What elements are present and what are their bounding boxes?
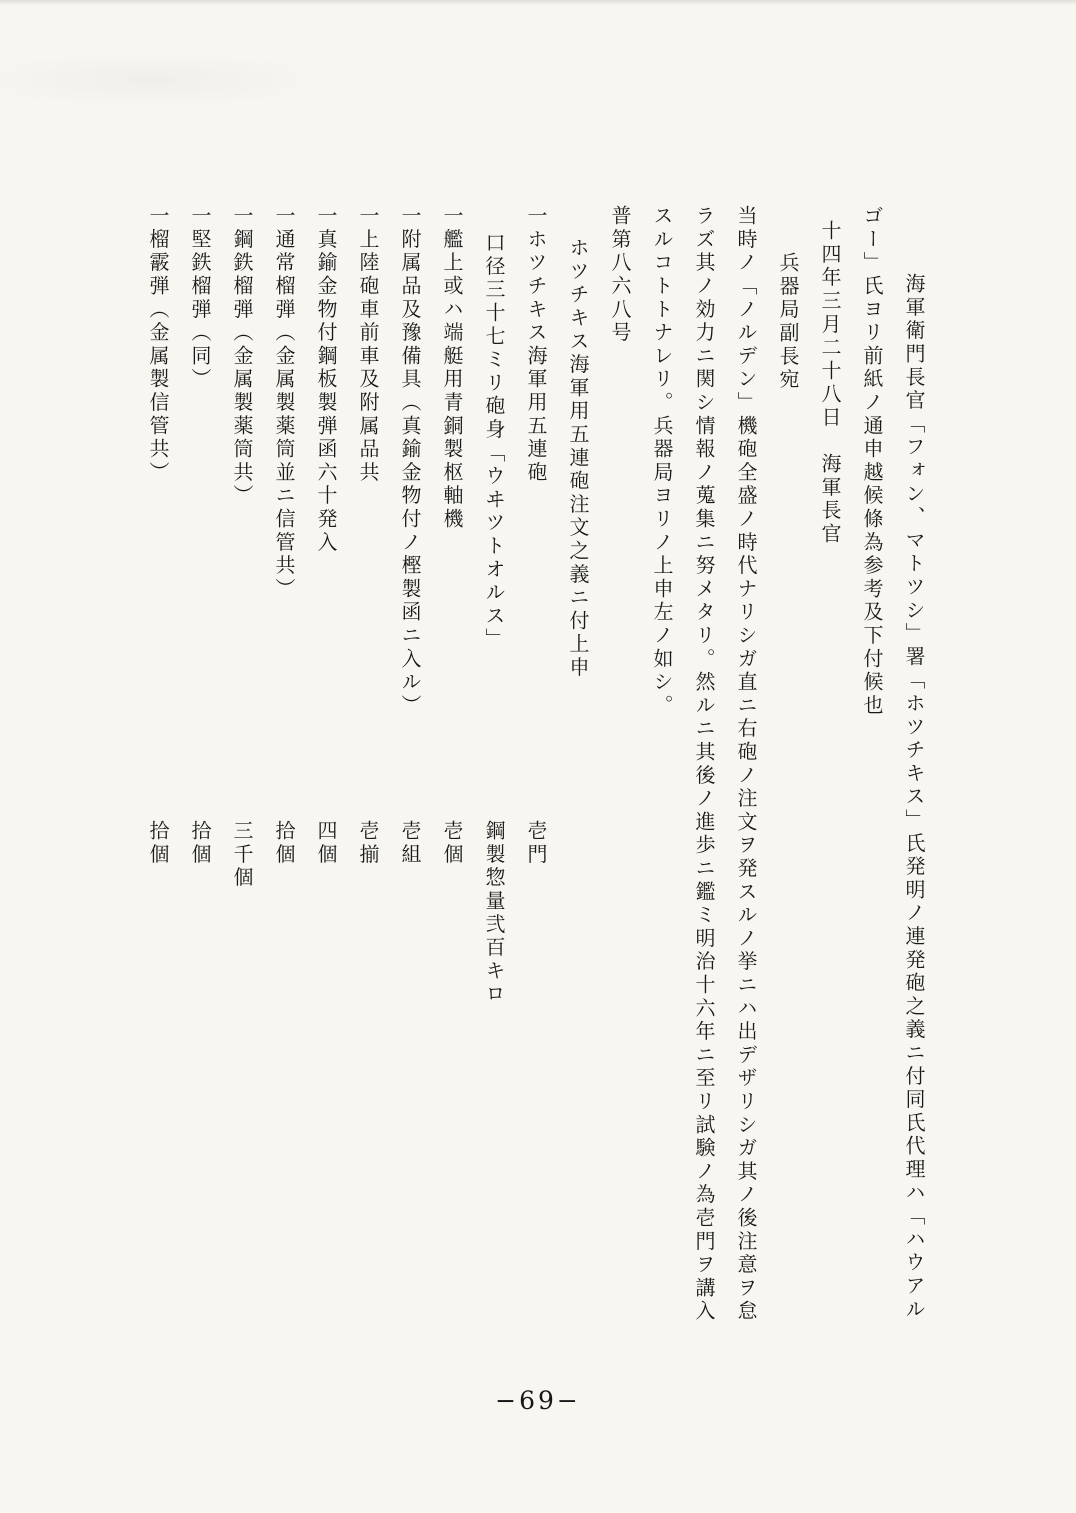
item-quantity: 拾個 xyxy=(136,820,178,867)
document-body: 海軍衛門長官「フォン、マトツシ」署「ホツチキス」氏発明ノ連発砲之義ニ付同氏代理ハ… xyxy=(136,205,934,1355)
item-column: 一附属品及豫備具（真鍮金物付ノ樫製函ニ入ル） 壱組 xyxy=(388,205,430,1355)
item-text: 一附属品及豫備具（真鍮金物付ノ樫製函ニ入ル） xyxy=(398,205,420,718)
item-text: 口径三十七ミリ砲身「ウヰツトオルス」 xyxy=(482,232,504,651)
page-number: −69− xyxy=(0,1386,1076,1415)
item-quantity: 三千個 xyxy=(220,820,262,890)
item-text: 一榴霰弾（金属製信管共） xyxy=(146,205,168,485)
subject-line: ホツチキス海軍用五連砲注文之義ニ付上申 xyxy=(556,205,598,1387)
item-quantity: 壱組 xyxy=(388,820,430,867)
item-column: 一鋼鉄榴弾（金属製薬筒共） 三千個 xyxy=(220,205,262,1355)
item-quantity: 鋼製惣量弐百キロ xyxy=(472,820,514,1006)
paragraph2-line1: 当時ノ「ノルデン」機砲全盛ノ時代ナリシガ直ニ右砲ノ注文ヲ発スルノ挙ニハ出デザリシ… xyxy=(724,205,766,1355)
paragraph1-line1: 海軍衛門長官「フォン、マトツシ」署「ホツチキス」氏発明ノ連発砲之義ニ付同氏代理ハ… xyxy=(892,205,934,1423)
paragraph1-line2: ゴー」氏ヨリ前紙ノ通申越候條為参考及下付候也 xyxy=(850,205,892,1355)
date-line: 十四年三月二十八日 海軍長官 xyxy=(808,205,850,1370)
item-column: 一榴霰弾（金属製信管共） 拾個 xyxy=(136,205,178,1355)
item-text: 一艦上或ハ端艇用青銅製枢軸機 xyxy=(440,205,462,531)
addressee-line: 兵器局副長宛 xyxy=(766,205,808,1402)
item-text: 一真鍮金物付鋼板製弾函六十発入 xyxy=(314,205,336,555)
item-text: 一通常榴弾（金属製薬筒並ニ信管共） xyxy=(272,205,294,601)
item-text: 一鋼鉄榴弾（金属製薬筒共） xyxy=(230,205,252,508)
paragraph2-line2: ラズ其ノ効力ニ関シ情報ノ蒐集ニ努メタリ。然ルニ其後ノ進歩ニ鑑ミ明治十六年ニ至リ試… xyxy=(682,205,724,1355)
item-column: 一艦上或ハ端艇用青銅製枢軸機 壱個 xyxy=(430,205,472,1355)
item-text: 一ホツチキス海軍用五連砲 xyxy=(524,205,546,485)
item-column: 一ホツチキス海軍用五連砲 壱門 xyxy=(514,205,556,1355)
item-quantity: 四個 xyxy=(304,820,346,867)
document-page: 海軍衛門長官「フォン、マトツシ」署「ホツチキス」氏発明ノ連発砲之義ニ付同氏代理ハ… xyxy=(0,0,1076,1513)
item-column: 一上陸砲車前車及附属品共 壱揃 xyxy=(346,205,388,1355)
item-column: 一通常榴弾（金属製薬筒並ニ信管共） 拾個 xyxy=(262,205,304,1355)
item-text: 一堅鉄榴弾（同） xyxy=(188,205,210,391)
item-quantity: 拾個 xyxy=(262,820,304,867)
item-column: 口径三十七ミリ砲身「ウヰツトオルス」 鋼製惣量弐百キロ xyxy=(472,205,514,1382)
item-quantity: 壱門 xyxy=(514,820,556,867)
item-quantity: 壱個 xyxy=(430,820,472,867)
paragraph2-line3: スルコトトナレリ。兵器局ヨリノ上申左ノ如シ。 xyxy=(640,205,682,1355)
doc-number: 普第八六八号 xyxy=(598,205,640,1355)
item-column: 一真鍮金物付鋼板製弾函六十発入 四個 xyxy=(304,205,346,1355)
item-quantity: 壱揃 xyxy=(346,820,388,867)
item-text: 一上陸砲車前車及附属品共 xyxy=(356,205,378,485)
item-quantity: 拾個 xyxy=(178,820,220,867)
item-column: 一堅鉄榴弾（同） 拾個 xyxy=(178,205,220,1355)
